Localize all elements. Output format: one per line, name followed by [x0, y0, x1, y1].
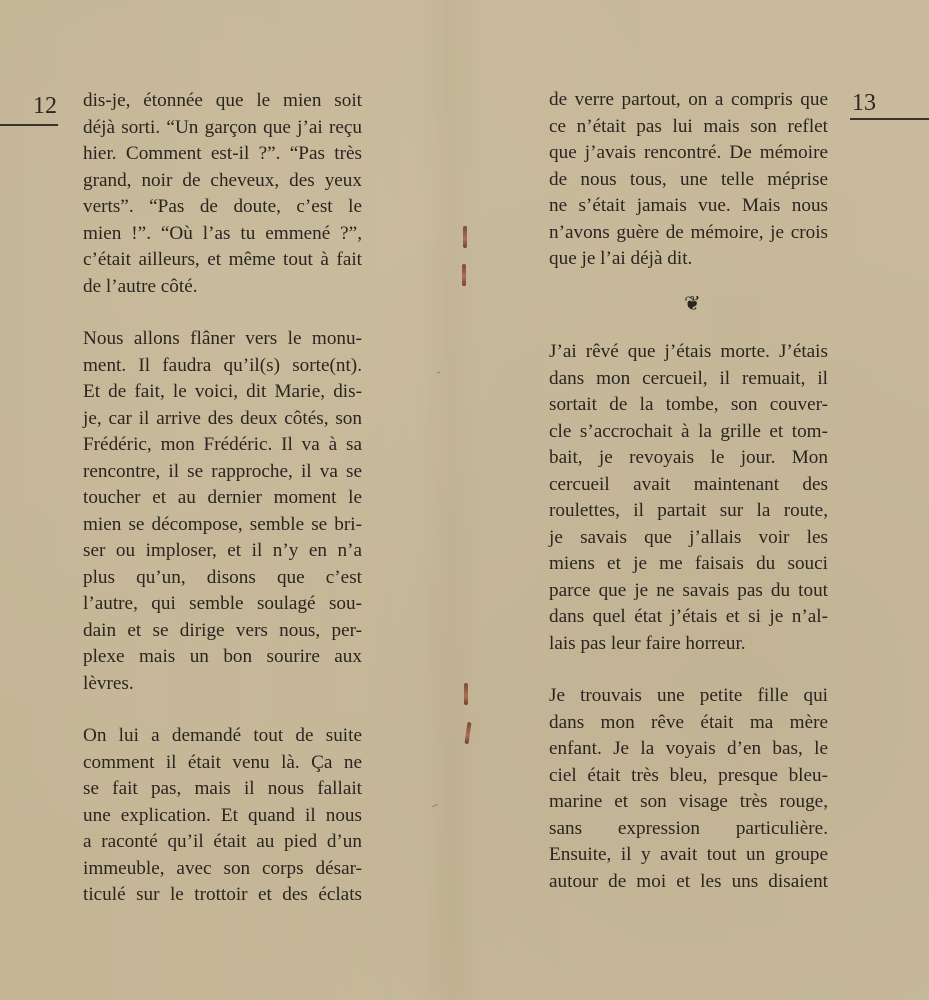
text-line: sans expression particulière. [549, 816, 828, 843]
paragraph: Nous allons flâner vers le monu- ment. I… [83, 326, 362, 697]
paragraph: J’ai rêvé que j’étais morte. J’étais dan… [549, 339, 828, 657]
text-line: dans quel état j’étais et si je n’al- [549, 604, 828, 631]
text-line: grand, noir de cheveux, des yeux [83, 168, 362, 195]
paragraph: de verre partout, on a compris que ce n’… [549, 87, 828, 273]
text-line: une explication. Et quand il nous [83, 803, 362, 830]
text-line: lais pas leur faire horreur. [549, 631, 828, 658]
text-line: comment il était venu là. Ça ne [83, 750, 362, 777]
text-line: ticulé sur le trottoir et des éclats [83, 882, 362, 909]
left-text-block: dis-je, étonnée que le mien soit déjà so… [83, 88, 362, 909]
text-line: ser ou imploser, et il n’y en n’a [83, 538, 362, 565]
fleuron-ornament-icon: ❦ [684, 291, 701, 316]
text-line: sortait de la tombe, son couver- [549, 392, 828, 419]
text-line: marine et son visage très rouge, [549, 789, 828, 816]
text-line: je, car il arrive des deux côtés, son [83, 406, 362, 433]
right-page: 13 de verre partout, on a compris que ce… [464, 0, 929, 1000]
text-line: ne s’était jamais vue. Mais nous [549, 193, 828, 220]
text-line: immeuble, avec son corps désar- [83, 856, 362, 883]
text-line: On lui a demandé tout de suite [83, 723, 362, 750]
text-line: mien se décompose, semble se bri- [83, 512, 362, 539]
text-line: mien !”. “Où l’as tu emmené ?”, [83, 221, 362, 248]
text-line: Et de fait, le voici, dit Marie, dis- [83, 379, 362, 406]
text-line: cle s’accrochait à la grille et tom- [549, 419, 828, 446]
text-line: de l’autre côté. [83, 274, 362, 301]
text-line: dis-je, étonnée que le mien soit [83, 88, 362, 115]
page-number-left: 12 [33, 94, 57, 118]
text-line: déjà sorti. “Un garçon que j’ai reçu [83, 115, 362, 142]
text-line: verts”. “Pas de doute, c’est le [83, 194, 362, 221]
text-line: Nous allons flâner vers le monu- [83, 326, 362, 353]
right-text-block: de verre partout, on a compris que ce n’… [549, 87, 828, 273]
right-text-block-2: J’ai rêvé que j’étais morte. J’étais dan… [549, 339, 828, 895]
text-line: dain et se dirige vers nous, per- [83, 618, 362, 645]
text-line: Frédéric, mon Frédéric. Il va à sa [83, 432, 362, 459]
paragraph: dis-je, étonnée que le mien soit déjà so… [83, 88, 362, 300]
text-line: roulettes, il partait sur la route, [549, 498, 828, 525]
text-line: a raconté qu’il était au pied d’un [83, 829, 362, 856]
text-line: toucher et au dernier moment le [83, 485, 362, 512]
text-line: n’avons guère de mémoire, je crois [549, 220, 828, 247]
text-line: ment. Il faudra qu’il(s) sorte(nt). [83, 353, 362, 380]
paragraph: Je trouvais une petite fille qui dans mo… [549, 683, 828, 895]
text-line: cercueil avait maintenant des [549, 472, 828, 499]
text-line: Ensuite, il y avait tout un groupe [549, 842, 828, 869]
paragraph: On lui a demandé tout de suite comment i… [83, 723, 362, 909]
text-line: autour de moi et les uns disaient [549, 869, 828, 896]
text-line: je savais que j’allais voir les [549, 525, 828, 552]
text-line: dans mon rêve était ma mère [549, 710, 828, 737]
text-line: c’était ailleurs, et même tout à fait [83, 247, 362, 274]
text-line: ciel était très bleu, presque bleu- [549, 763, 828, 790]
left-page: 12 dis-je, étonnée que le mien soit déjà… [0, 0, 464, 1000]
text-line: dans mon cercueil, il remuait, il [549, 366, 828, 393]
text-line: de nous tous, une telle méprise [549, 167, 828, 194]
text-line: de verre partout, on a compris que [549, 87, 828, 114]
text-line: rencontre, il se rapproche, il va se [83, 459, 362, 486]
page-number-right: 13 [852, 91, 876, 115]
text-line: se fait pas, mais il nous fallait [83, 776, 362, 803]
text-line: ce n’était pas lui mais son reflet [549, 114, 828, 141]
text-line: lèvres. [83, 671, 362, 698]
text-line: que j’avais rencontré. De mémoire [549, 140, 828, 167]
text-line: parce que je ne savais pas du tout [549, 578, 828, 605]
text-line: miens et je me faisais du souci [549, 551, 828, 578]
text-line: Je trouvais une petite fille qui [549, 683, 828, 710]
text-line: bait, je revoyais le jour. Mon [549, 445, 828, 472]
text-line: enfant. Je la voyais d’en bas, le [549, 736, 828, 763]
folio-rule-right [850, 118, 929, 120]
folio-rule-left [0, 124, 58, 126]
text-line: J’ai rêvé que j’étais morte. J’étais [549, 339, 828, 366]
text-line: plexe mais un bon sourire aux [83, 644, 362, 671]
text-line: hier. Comment est-il ?”. “Pas très [83, 141, 362, 168]
text-line: que je l’ai déjà dit. [549, 246, 828, 273]
text-line: l’autre, qui semble soulagé sou- [83, 591, 362, 618]
text-line: plus qu’un, disons que c’est [83, 565, 362, 592]
